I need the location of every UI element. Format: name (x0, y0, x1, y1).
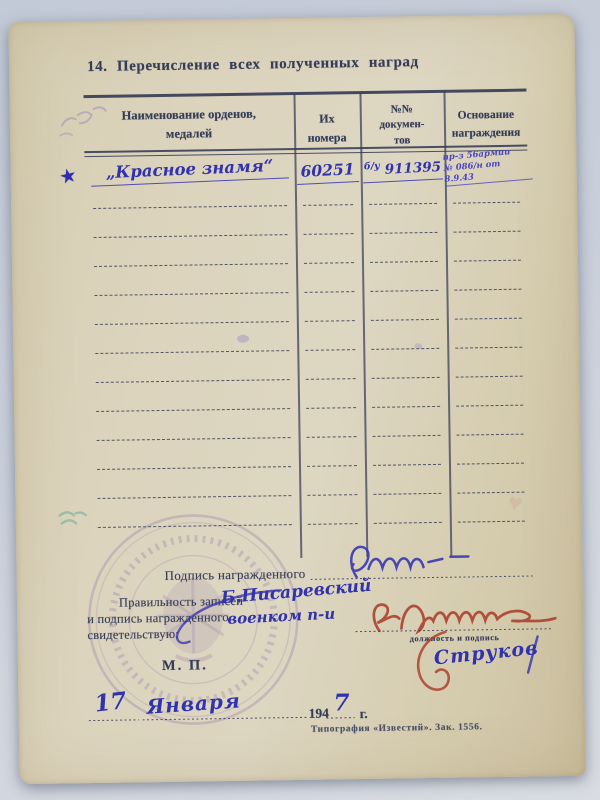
empty-cell (297, 320, 363, 321)
doc-prefix: б/у (364, 161, 381, 173)
photo-background: { "colors": { "background": "#c8cedb", "… (0, 0, 600, 800)
empty-cell (362, 290, 446, 291)
empty-cell (361, 203, 445, 204)
empty-cell (299, 494, 365, 495)
empty-award-row (87, 347, 530, 354)
seal-place-label: М. П. (162, 657, 208, 675)
empty-award-row (88, 405, 531, 412)
header-line: тов (362, 133, 442, 150)
empty-cell (366, 522, 450, 523)
empty-cell (363, 319, 447, 320)
date-line (327, 717, 355, 719)
header-line: награждения (446, 124, 526, 143)
empty-cell (89, 466, 299, 469)
empty-cell (446, 289, 529, 290)
award-number-entry: 60251 (296, 159, 359, 185)
empty-cell (447, 318, 530, 319)
column-header-award-name: Наименование орденов, медалей (86, 104, 293, 146)
empty-cell (364, 377, 448, 378)
ink-dot (411, 340, 425, 352)
empty-cell (446, 231, 529, 232)
empty-cell (297, 349, 363, 350)
header-line: номера (296, 128, 358, 148)
empty-cell (364, 406, 448, 407)
empty-award-row (86, 260, 529, 267)
empty-cell (86, 234, 296, 237)
empty-award-row (88, 376, 531, 383)
empty-cell (449, 434, 532, 435)
award-basis-entry: пр-з 56армии № 086/н от 8.9.43 (442, 145, 533, 186)
document-page: 14. Перечисление всех полученных наград … (8, 14, 585, 784)
empty-cell (87, 350, 297, 353)
empty-cell (362, 232, 446, 233)
year-suffix-printed: г. (360, 706, 368, 722)
empty-cell (296, 262, 362, 263)
header-line: медалей (86, 123, 292, 145)
empty-cell (295, 204, 361, 205)
empty-award-row (89, 463, 532, 470)
empty-cell (365, 464, 449, 465)
empty-cell (365, 493, 449, 494)
empty-award-row (86, 231, 529, 238)
award-name-entry: „Красное знамя“ (90, 155, 289, 186)
empty-cell (86, 292, 296, 295)
empty-rows (8, 14, 574, 22)
empty-cell (296, 233, 362, 234)
document-number-entry: б/у 911395 (362, 157, 443, 182)
header-line: Их (296, 109, 358, 129)
empty-cell (362, 261, 446, 262)
ink-dot (233, 331, 253, 347)
empty-award-row (89, 492, 532, 499)
empty-cell (88, 408, 298, 411)
empty-cell (89, 437, 299, 440)
column-header-basis: Основание награждения (446, 107, 527, 144)
empty-cell (86, 263, 296, 266)
heart-smudge: ♥ (505, 490, 524, 519)
empty-cell (447, 347, 530, 348)
empty-cell (448, 405, 531, 406)
star-icon: ★ (57, 164, 79, 190)
empty-cell (298, 407, 364, 408)
header-line: Основание (446, 107, 526, 126)
empty-award-row (85, 202, 528, 209)
doc-number: 911395 (384, 159, 441, 178)
empty-cell (88, 379, 298, 382)
empty-cell (449, 463, 532, 464)
empty-cell (450, 521, 533, 522)
empty-award-row (86, 289, 529, 296)
header-line: №№ (362, 102, 442, 119)
empty-cell (296, 291, 362, 292)
signature-slash (523, 632, 542, 676)
empty-cell (445, 202, 528, 203)
empty-cell (446, 260, 529, 261)
empty-cell (365, 435, 449, 436)
empty-cell (448, 376, 531, 377)
empty-award-row (89, 434, 532, 441)
column-header-numbers: Их номера (296, 109, 359, 147)
column-header-documents: №№ докумен- тов (362, 102, 443, 149)
empty-cell (299, 465, 365, 466)
printing-house-imprint: Типография «Известий». Зак. 1556. (311, 722, 483, 735)
table-top-rule (83, 89, 526, 98)
year-digit-handwritten: 7 (333, 689, 349, 716)
empty-cell (300, 523, 366, 524)
date-day-handwritten: 17 (93, 687, 128, 718)
empty-cell (89, 495, 299, 498)
awardee-signature-label: Подпись награжденного (164, 566, 305, 584)
header-line: докумен- (362, 117, 442, 134)
section-title: 14. Перечисление всех полученных наград (87, 52, 537, 76)
empty-cell (298, 378, 364, 379)
empty-cell (85, 205, 295, 208)
empty-cell (299, 436, 365, 437)
empty-cell (87, 321, 297, 324)
empty-cell (363, 348, 447, 349)
empty-award-row (87, 318, 530, 325)
year-prefix-printed: 194 (309, 706, 329, 722)
